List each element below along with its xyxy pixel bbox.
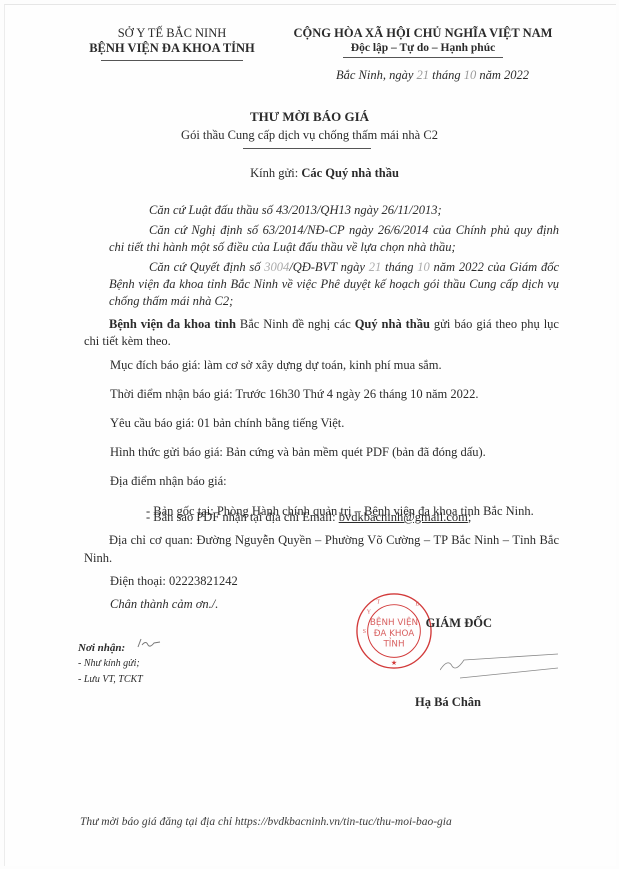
request-bold-hospital: Bệnh viện đa khoa tỉnh <box>109 317 236 331</box>
signature-title: GIÁM ĐỐC <box>372 616 492 631</box>
legal-basis-2: Căn cứ Nghị định số 63/2014/NĐ-CP ngày 2… <box>109 222 559 256</box>
issuer-header: SỞ Y TẾ BẮC NINH BỆNH VIỆN ĐA KHOA TỈNH <box>72 26 272 61</box>
document-subtitle: Gói thầu Cung cấp dịch vụ chống thấm mái… <box>0 128 619 143</box>
recipients-label: Nơi nhận: <box>78 640 143 656</box>
date-day: 21 <box>417 68 430 82</box>
format-line: Hình thức gửi báo giá: Bản cứng và bản m… <box>110 445 486 460</box>
svg-text:Y: Y <box>367 609 372 615</box>
svg-text:★: ★ <box>391 659 397 667</box>
phone-line: Điện thoại: 02223821242 <box>110 574 238 589</box>
purpose-line: Mục đích báo giá: làm cơ sở xây dựng dự … <box>110 358 442 373</box>
svg-text:B: B <box>415 602 419 608</box>
national-header: CỘNG HÒA XÃ HỘI CHỦ NGHĨA VIỆT NAM Độc l… <box>288 26 558 58</box>
request-text-1: Bắc Ninh đề nghị các <box>236 317 355 331</box>
legal-basis-2-text: Căn cứ Nghị định số 63/2014/NĐ-CP ngày 2… <box>109 223 559 254</box>
copy-location: - Bản sao PDF nhận tại địa chỉ Email: bv… <box>146 510 471 525</box>
signature-icon <box>440 650 560 680</box>
address-line: Địa chỉ cơ quan: Đường Nguyễn Quyền – Ph… <box>84 531 559 567</box>
salutation: Kính gửi: Các Quý nhà thầu <box>0 166 619 181</box>
initials-scribble-icon <box>136 637 162 651</box>
date-year: năm 2022 <box>476 68 529 82</box>
salutation-recipient: Các Quý nhà thầu <box>301 166 399 180</box>
issuer-hospital: BỆNH VIỆN ĐA KHOA TỈNH <box>72 41 272 56</box>
closing-line: Chân thành cảm ơn./. <box>110 597 218 612</box>
deadline-line: Thời điểm nhận báo giá: Trước 16h30 Thứ … <box>110 387 479 402</box>
legal-basis-3: Căn cứ Quyết định số 3004/QĐ-BVT ngày 21… <box>109 259 559 310</box>
legal-basis-3-prefix: Căn cứ Quyết định số <box>149 260 264 274</box>
svg-text:S: S <box>363 629 366 635</box>
legal-basis-1-text: Căn cứ Luật đấu thầu số 43/2013/QH13 ngà… <box>149 203 442 217</box>
national-title: CỘNG HÒA XÃ HỘI CHỦ NGHĨA VIỆT NAM <box>288 26 558 41</box>
decision-number: 3004 <box>264 260 289 274</box>
issuer-underline <box>101 60 243 61</box>
decision-day: 21 <box>369 260 382 274</box>
date-prefix: Bắc Ninh, ngày <box>336 68 417 82</box>
request-paragraph: Bệnh viện đa khoa tỉnh Bắc Ninh đề nghị … <box>84 316 559 350</box>
recipient-item: - Như kính gửi; <box>78 656 143 672</box>
recipient-item: - Lưu VT, TCKT <box>78 672 143 688</box>
motto-underline <box>343 57 503 58</box>
requirement-line: Yêu cầu báo giá: 01 bản chính bằng tiếng… <box>110 416 344 431</box>
document-title: THƯ MỜI BÁO GIÁ <box>0 109 619 125</box>
legal-basis-3-mid2: tháng <box>381 260 417 274</box>
request-bold-contractors: Quý nhà thầu <box>355 317 430 331</box>
date-line: Bắc Ninh, ngày 21 tháng 10 năm 2022 <box>336 68 529 83</box>
location-label: Địa điểm nhận báo giá: <box>110 474 227 489</box>
recipients-block: Nơi nhận: - Như kính gửi; - Lưu VT, TCKT <box>78 640 143 688</box>
address-text: Địa chỉ cơ quan: Đường Nguyễn Quyền – Ph… <box>84 533 559 565</box>
official-stamp-icon: BỆNH VIỆN ĐA KHOA TỈNH ★ S Y T B <box>355 592 433 670</box>
email-link[interactable]: bvdkbacninh@gmail.com <box>339 510 468 524</box>
legal-basis-1: Căn cứ Luật đấu thầu số 43/2013/QH13 ngà… <box>109 202 559 219</box>
copy-location-prefix: - Bản sao PDF nhận tại địa chỉ Email: <box>146 510 339 524</box>
date-month: 10 <box>464 68 477 82</box>
issuer-department: SỞ Y TẾ BẮC NINH <box>72 26 272 41</box>
signer-name: Hạ Bá Chân <box>415 695 481 710</box>
national-motto: Độc lập – Tự do – Hạnh phúc <box>288 41 558 56</box>
svg-text:TỈNH: TỈNH <box>382 638 404 650</box>
copy-location-suffix: ; <box>468 510 471 524</box>
svg-text:T: T <box>376 600 380 606</box>
legal-basis-3-mid1: /QĐ-BVT ngày <box>289 260 369 274</box>
decision-month: 10 <box>417 260 430 274</box>
date-month-label: tháng <box>429 68 464 82</box>
salutation-label: Kính gửi: <box>250 166 301 180</box>
footer-note: Thư mời báo giá đăng tại địa chỉ https:/… <box>80 816 452 828</box>
subtitle-underline <box>243 148 371 149</box>
